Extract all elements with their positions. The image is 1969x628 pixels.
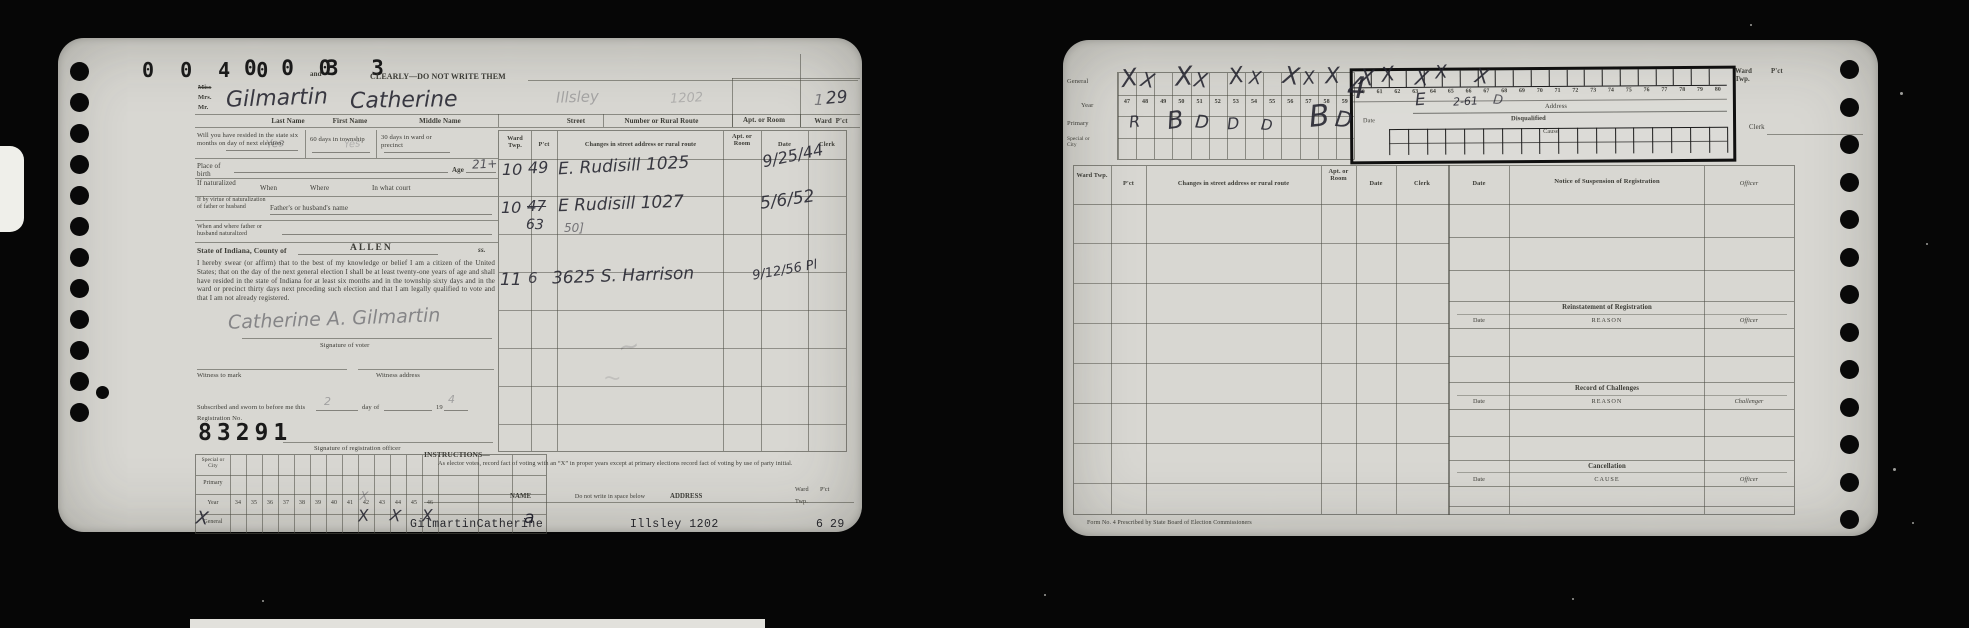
grid-line — [1449, 436, 1794, 437]
punch-hole — [1840, 210, 1859, 229]
hand-mark: D — [1260, 117, 1273, 133]
year-label: 80 — [1709, 87, 1727, 94]
box-disqualified-label: Disqualified — [1511, 115, 1546, 123]
year-label: 38 — [294, 500, 310, 507]
grid-line — [1548, 70, 1549, 86]
reinstatement-officer: Officer — [1707, 317, 1791, 324]
year-label: 39 — [310, 500, 326, 507]
box-address-label: Address — [1545, 103, 1567, 111]
back-table-left: Ward Twp. P'ct Changes in street address… — [1073, 165, 1450, 515]
grid-line — [195, 127, 860, 128]
grid-line — [1709, 127, 1710, 153]
header-first-name: First Name — [320, 117, 380, 125]
grid-line — [1566, 70, 1567, 86]
grid-line — [195, 114, 860, 115]
prefix-mrs: Mrs. — [198, 94, 212, 101]
punch-hole — [70, 310, 89, 329]
bcol-changes: Changes in street address or rural route — [1148, 180, 1319, 187]
hand-mark: 50] — [564, 222, 584, 234]
hand-mark: X — [1434, 63, 1448, 82]
registration-number: 83291 — [198, 422, 292, 445]
grid-line — [1445, 129, 1446, 155]
punch-hole — [70, 155, 89, 174]
year-label: 47 — [1118, 99, 1136, 106]
cancellation-title: Cancellation — [1513, 463, 1701, 471]
grid-line — [195, 178, 498, 179]
do-not-write-label: Do not write in space below — [560, 494, 660, 501]
hand-mark: X — [1281, 63, 1301, 89]
grid-line — [270, 206, 492, 215]
year-label: 49 — [1154, 99, 1172, 106]
year-label: 53 — [1227, 99, 1245, 106]
signature-of-voter-label: Signature of voter — [320, 342, 369, 350]
reinstatement-reason: REASON — [1513, 317, 1701, 324]
year-label: 73 — [1584, 88, 1602, 95]
year-label: 75 — [1620, 87, 1638, 94]
stamped-digits-mid: 0 0 0 — [244, 58, 337, 79]
prefix-mr: Mr. — [198, 104, 208, 111]
reinstatement-date: Date — [1457, 317, 1501, 324]
grid-line — [1596, 128, 1597, 154]
header-street: Street — [556, 117, 596, 125]
hand-mark: E Rudisill 1027 — [558, 194, 684, 215]
hand-mark: D — [1492, 94, 1503, 108]
punch-hole — [1840, 285, 1859, 304]
if-naturalized-label: If naturalized — [197, 179, 241, 187]
grid-line — [195, 220, 498, 221]
grid-line — [234, 164, 448, 173]
grid-line — [298, 246, 438, 255]
year-label: 78 — [1673, 87, 1691, 94]
back-row-year: Year — [1081, 102, 1093, 109]
grid-line — [1521, 128, 1522, 154]
grid-line — [1408, 129, 1409, 155]
grid-line — [1509, 166, 1510, 514]
punch-hole — [70, 279, 89, 298]
grid-line — [195, 242, 498, 243]
question-60-days: 60 days in township — [310, 136, 374, 144]
registration-card-back: General Year Primary Special or City 474… — [1063, 40, 1878, 536]
hand-mark: 63 — [526, 218, 544, 233]
in-what-court-label: In what court — [372, 184, 411, 192]
dust-speck — [1893, 468, 1896, 471]
hand-mark: X — [1380, 63, 1396, 85]
grid-line — [1513, 70, 1514, 86]
header-apt-room: Apt. or Room — [734, 116, 794, 124]
hand-mark: ~ — [602, 367, 622, 391]
year-label: 43 — [374, 500, 390, 507]
hand-mark: 2 — [324, 396, 331, 407]
grid-line — [226, 142, 298, 151]
hand-mark: Catherine — [350, 89, 458, 113]
grid-line — [1767, 134, 1863, 135]
grid-line — [1620, 69, 1621, 85]
hand-mark: Yes — [344, 139, 361, 150]
row-year: Year — [197, 500, 229, 507]
grid-line — [1584, 70, 1585, 86]
punch-hole — [70, 93, 89, 112]
year-label: 51 — [1191, 99, 1209, 106]
grid-line — [1449, 506, 1794, 507]
grid-line — [196, 475, 546, 476]
grid-line — [384, 144, 450, 153]
punch-hole — [1840, 60, 1859, 79]
grid-line — [1495, 70, 1496, 86]
stamp-and-word: and — [310, 70, 322, 78]
ward-small-label: Ward — [795, 486, 809, 493]
punch-hole — [96, 386, 109, 399]
grid-line — [1449, 356, 1794, 357]
cancellation-cause: CAUSE — [1513, 476, 1701, 483]
grid-line — [1449, 270, 1794, 271]
grid-line — [1502, 128, 1503, 154]
grid-line — [195, 158, 498, 159]
father-naturalized-label: When and where father or husband natural… — [197, 224, 277, 238]
punch-hole — [70, 217, 89, 236]
grid-line — [1449, 409, 1794, 410]
grid-line — [800, 54, 801, 127]
year-label: 35 — [246, 500, 262, 507]
registration-card-front: 0 0 4 0 0 0 0 and 3 3 CLEARLY—DO NOT WRI… — [58, 38, 862, 532]
hand-mark: 4 — [1346, 74, 1366, 105]
grid-line — [1602, 70, 1603, 86]
year-label: 69 — [1513, 88, 1531, 95]
film-edge-artifact — [0, 146, 24, 232]
grid-line — [1389, 129, 1390, 155]
hand-mark: X — [1302, 69, 1316, 88]
grid-line — [197, 369, 347, 370]
year-label: 41 — [342, 500, 358, 507]
grid-line — [1449, 204, 1794, 205]
grid-line — [1449, 301, 1794, 302]
bcol-clerk: Clerk — [1397, 180, 1447, 187]
punch-hole — [1840, 173, 1859, 192]
back-clerk-label: Clerk — [1749, 124, 1765, 132]
year-label: 76 — [1638, 87, 1656, 94]
back-pct-label: P'ct — [1771, 68, 1783, 76]
punch-hole — [1840, 323, 1859, 342]
witness-to-mark-label: Witness to mark — [197, 372, 241, 380]
grid-line — [1637, 69, 1638, 85]
grid-line — [1353, 99, 1727, 103]
year-label: 74 — [1602, 87, 1620, 94]
grid-line — [283, 442, 493, 443]
affidavit-text: I hereby swear (or affirm) that to the b… — [197, 259, 495, 303]
dust-speck — [1900, 92, 1903, 95]
father-virtue-label: If by virtue of naturalization of father… — [197, 197, 267, 210]
table-rows — [1074, 204, 1449, 514]
registration-officer-label: Signature of registration officer — [314, 445, 401, 453]
punch-hole — [1840, 135, 1859, 154]
year-label: 34 — [230, 500, 246, 507]
punch-hole — [1840, 510, 1859, 529]
hand-mark: X — [195, 509, 209, 528]
back-table-right: Date Notice of Suspension of Registratio… — [1448, 165, 1795, 515]
disqualified-stamp-box: Address Disqualified Cause Date 60616263… — [1350, 66, 1737, 165]
hand-middle-initial: a — [524, 510, 534, 527]
col-ward-twp: Ward Twp. — [500, 135, 530, 149]
grid-line — [424, 502, 854, 503]
hand-mark: 29 — [825, 89, 848, 108]
grid-line — [1577, 128, 1578, 154]
witness-address-label: Witness address — [376, 372, 420, 380]
grid-line — [1690, 127, 1691, 153]
dust-speck — [1044, 594, 1046, 596]
cancellation-date: Date — [1457, 476, 1501, 483]
grid-line — [1427, 129, 1428, 155]
col-pct: P'ct — [532, 141, 556, 148]
hand-mark: 49 — [528, 160, 549, 177]
pct-small-label: P'ct — [820, 486, 829, 493]
year-19-label: 19 — [436, 404, 443, 412]
grid-line — [732, 78, 733, 127]
grid-line — [1615, 127, 1616, 153]
printed-warning: CLEARLY—DO NOT WRITE THEM — [370, 72, 506, 81]
typed-pct-value: 29 — [830, 519, 845, 531]
grid-line — [1671, 127, 1672, 153]
year-label: 77 — [1655, 87, 1673, 94]
hand-mark: 47 — [527, 199, 546, 214]
punch-hole — [1840, 98, 1859, 117]
hand-mark: B — [1165, 107, 1185, 133]
hand-mark: B — [1307, 101, 1331, 133]
year-label: 52 — [1209, 99, 1227, 106]
grid-line — [1709, 69, 1710, 85]
row-primary: Primary — [197, 480, 229, 487]
grid-line — [1449, 328, 1794, 329]
punch-hole — [70, 341, 89, 360]
hand-mark: X — [1324, 66, 1340, 89]
hand-mark: 2-61 — [1453, 95, 1479, 107]
col-changes: Changes in street address or rural route — [559, 141, 722, 148]
punch-hole — [1840, 435, 1859, 454]
typed-address: Illsley 1202 — [630, 519, 719, 531]
grid-line — [498, 114, 499, 127]
challenges-challenger: Challenger — [1707, 398, 1791, 405]
grid-line — [1459, 71, 1460, 87]
bcol-pct: P'ct — [1112, 180, 1145, 187]
hand-mark: X — [422, 508, 434, 525]
hand-mark: 4 — [448, 394, 455, 405]
punch-hole — [70, 248, 89, 267]
punch-hole — [1840, 398, 1859, 417]
instructions-title: INSTRUCTIONS— — [424, 451, 490, 460]
punch-hole — [1840, 360, 1859, 379]
year-label: 40 — [326, 500, 342, 507]
grid-line — [1483, 128, 1484, 154]
hand-mark: X — [359, 490, 368, 503]
hand-mark: Yes — [265, 137, 284, 150]
grid-line — [1727, 127, 1728, 153]
year-label: 61 — [1371, 89, 1389, 96]
grid-line — [1457, 395, 1787, 396]
instructions-body: As elector votes, record fact of voting … — [438, 460, 848, 467]
back-ward-twp-label: Ward Twp. — [1735, 68, 1765, 84]
grid-line — [305, 130, 306, 158]
grid-line — [1449, 237, 1794, 238]
age-label: Age — [452, 166, 464, 174]
year-label: 79 — [1691, 87, 1709, 94]
when-label: When — [260, 184, 277, 192]
hand-mark: X — [357, 508, 369, 525]
hand-mark: 10 — [502, 162, 522, 178]
year-label: 56 — [1281, 99, 1299, 106]
cancellation-officer: Officer — [1707, 476, 1791, 483]
grid-line — [528, 80, 858, 81]
punch-hole — [70, 186, 89, 205]
form-footer: Form No. 4 Prescribed by State Board of … — [1087, 520, 1252, 527]
challenges-title: Record of Challenges — [1513, 385, 1701, 393]
grid-line — [1406, 71, 1407, 87]
grid-line — [195, 196, 498, 197]
punch-hole — [70, 372, 89, 391]
year-label: 65 — [1442, 89, 1460, 96]
grid-line — [732, 78, 860, 79]
microfilm-frame: { "film": { "bg": "#060606", "card": "#d… — [0, 0, 1969, 628]
grid-line — [1464, 129, 1465, 155]
grid-line — [603, 114, 604, 127]
hand-mark: R — [1128, 114, 1140, 131]
hand-mark: X — [1227, 65, 1246, 89]
hand-mark: X — [1248, 70, 1262, 89]
grid-line — [282, 226, 492, 235]
bcol-officer: Officer — [1707, 180, 1791, 187]
challenges-reason: REASON — [1513, 398, 1701, 405]
dust-speck — [1572, 598, 1574, 600]
punch-hole — [70, 403, 89, 422]
year-label: 54 — [1245, 99, 1263, 106]
bcol-suspension: Notice of Suspension of Registration — [1513, 178, 1701, 186]
year-label: 48 — [1136, 99, 1154, 106]
year-label: 36 — [262, 500, 278, 507]
year-label: 72 — [1566, 88, 1584, 95]
hand-mark: X — [1474, 65, 1490, 87]
grid-line — [1652, 127, 1653, 153]
hand-mark: D — [1226, 116, 1239, 133]
grid-line — [316, 402, 358, 411]
punch-hole — [1840, 473, 1859, 492]
where-label: Where — [310, 184, 329, 192]
grid-line — [1558, 128, 1559, 154]
hand-mark: 11 — [500, 272, 522, 289]
header-ward-pct: Ward P'ct — [804, 117, 858, 125]
changes-table: Ward Twp. P'ct Changes in street address… — [498, 130, 847, 452]
bcol-ward-twp: Ward Twp. — [1075, 172, 1109, 179]
place-of-birth-label: Place of birth — [197, 162, 231, 178]
grid-line — [1449, 382, 1794, 383]
col-apt-room: Apt. or Room — [724, 133, 760, 147]
hand-mark: Illsley — [556, 89, 599, 105]
challenges-date: Date — [1457, 398, 1501, 405]
bcol-apt: Apt. or Room — [1323, 168, 1354, 182]
grid-line — [1539, 128, 1540, 154]
grid-line — [1449, 460, 1794, 461]
hand-mark: E — [1414, 92, 1426, 110]
reinstatement-title: Reinstatement of Registration — [1513, 304, 1701, 312]
hand-mark: Catherine A. Gilmartin — [228, 306, 441, 332]
hand-mark: 3625 S. Harrison — [552, 266, 695, 288]
grid-line — [1413, 111, 1727, 114]
grid-line — [1691, 69, 1692, 85]
year-label: 70 — [1531, 88, 1549, 95]
state-county-line: State of Indiana, County of — [197, 247, 287, 256]
hand-mark: 6 — [528, 271, 538, 286]
grid-line — [1118, 138, 1354, 139]
grid-line — [242, 338, 492, 339]
dust-speck — [1750, 24, 1752, 26]
punch-hole — [70, 124, 89, 143]
day-of-label: day of — [362, 404, 379, 412]
hand-mark: D — [1194, 113, 1209, 132]
header-middle-name: Middle Name — [410, 117, 470, 125]
hand-mark: Gilmartin — [226, 86, 329, 112]
box-date-label: Date — [1363, 117, 1375, 124]
year-label: 71 — [1549, 88, 1567, 95]
hand-mark: X — [1174, 63, 1194, 90]
bcol-date2: Date — [1457, 180, 1501, 187]
dust-speck — [262, 600, 264, 602]
hand-mark: D — [1334, 109, 1354, 133]
back-row-general: General — [1067, 78, 1088, 85]
grid-line — [376, 130, 377, 158]
grid-line — [196, 494, 546, 495]
grid-line — [1531, 70, 1532, 86]
dust-speck — [1926, 243, 1928, 245]
grid-line — [384, 402, 432, 411]
grid-line — [1449, 486, 1794, 487]
row-special-city: Special or City — [197, 457, 229, 469]
name-label: NAME — [510, 493, 531, 501]
year-label: 37 — [278, 500, 294, 507]
grid-line — [1704, 166, 1705, 514]
typed-ward-value: 6 — [816, 519, 823, 531]
address-label: ADDRESS — [670, 493, 702, 501]
hand-mark: 1 — [814, 93, 824, 108]
hand-mark: X — [1414, 68, 1429, 89]
grid-line — [1457, 472, 1787, 473]
grid-line — [358, 369, 494, 370]
grid-line — [312, 144, 370, 153]
punch-hole — [1840, 248, 1859, 267]
grid-line — [1457, 314, 1787, 315]
sworn-before-me-label: Subscribed and sworn to before me this — [197, 404, 305, 412]
punch-hole — [70, 62, 89, 81]
ss-abbrev: ss. — [478, 246, 486, 254]
hand-mark: 21+ — [472, 157, 498, 170]
hand-mark: X — [1193, 69, 1209, 90]
year-label: 45 — [406, 500, 422, 507]
year-label: 55 — [1263, 99, 1281, 106]
grid-line — [1673, 69, 1674, 85]
hand-mark: 10 — [501, 200, 521, 216]
grid-line — [1655, 69, 1656, 85]
year-label: 62 — [1388, 89, 1406, 96]
back-row-special-city: Special or City — [1067, 136, 1093, 148]
hand-mark: ~ — [616, 332, 642, 361]
grid-line — [1633, 127, 1634, 153]
grid-line — [196, 514, 546, 515]
hand-mark: 1202 — [670, 91, 704, 106]
hand-mark: X — [1119, 65, 1139, 91]
header-number-rural-route: Number or Rural Route — [614, 117, 709, 125]
hand-mark: X — [389, 507, 402, 524]
dust-speck — [1912, 522, 1914, 524]
bcol-date: Date — [1357, 180, 1395, 187]
grid-line — [1118, 95, 1354, 96]
back-row-primary: Primary — [1067, 120, 1089, 127]
prefix-miss: Miss — [198, 84, 211, 91]
next-frame-sliver — [190, 619, 765, 628]
